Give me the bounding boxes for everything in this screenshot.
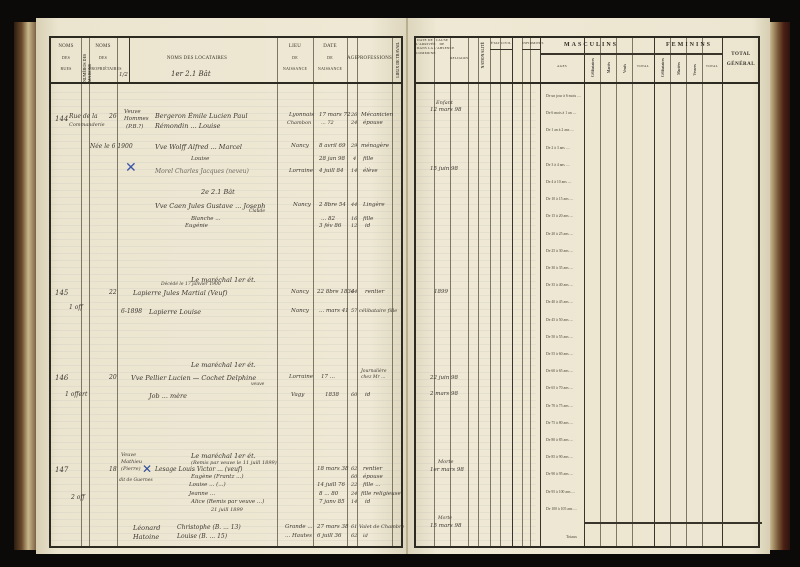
handwritten-text: 28 jan 98 xyxy=(319,156,345,162)
floor-annotation: 1er 2.1 Bât xyxy=(171,70,211,78)
handwritten-text: 60 xyxy=(351,392,357,398)
floor-mark: 1/2 xyxy=(119,72,128,78)
handwritten-text: 18 xyxy=(109,466,117,473)
col-divider xyxy=(702,38,703,546)
header-text: RELIGION xyxy=(450,38,468,60)
handwritten-text: 145 xyxy=(55,289,68,297)
age-group-label: De 55 à 60 ans .... xyxy=(540,352,664,357)
handwritten-text: Commanderie xyxy=(69,122,105,128)
age-group-label: De 60 à 65 ans .... xyxy=(540,369,664,374)
age-group-label: De 4 à 10 ans .... xyxy=(540,180,664,185)
col-divider xyxy=(277,38,278,546)
handwritten-text: Nancy xyxy=(291,143,309,149)
handwritten-text: Lyonnais xyxy=(289,112,314,118)
age-group-label: De un jour à 6 mois .... xyxy=(540,94,664,99)
handwritten-text: 44 xyxy=(351,202,357,208)
header-text: des xyxy=(89,50,117,61)
header-etat-civil: ÉTAT CIVIL xyxy=(490,38,512,50)
handwritten-text: 29 xyxy=(351,143,357,149)
totaux-label: Totaux xyxy=(566,534,577,539)
handwritten-text: Veuve xyxy=(124,109,141,115)
header-text: AGES xyxy=(540,38,584,68)
header-text: INFIRMITÉS xyxy=(522,38,540,45)
handwritten-text: 17 ... xyxy=(321,374,335,380)
handwritten-text: Grande ... xyxy=(285,524,313,530)
col-divider xyxy=(512,38,513,546)
header-age: AGE xyxy=(347,38,357,84)
header-masc-veufs: Veufs xyxy=(622,64,627,73)
handwritten-text: 61 xyxy=(351,524,357,530)
header-noms-rues: NOMS des RUES xyxy=(51,38,81,84)
handwritten-text: Léonard xyxy=(133,524,160,532)
handwritten-text: Le maréchal 1er ét. xyxy=(191,361,256,369)
handwritten-text: 14 xyxy=(351,499,357,505)
header-text: NOMS xyxy=(51,38,81,50)
header-text: RUES xyxy=(51,61,81,72)
handwritten-text: 24 xyxy=(351,491,357,497)
handwritten-text: 8 avril 69 xyxy=(319,143,346,149)
age-group-label: De 35 à 40 ans .... xyxy=(540,283,664,288)
handwritten-text: Rémondin ... Louise xyxy=(155,122,220,130)
handwritten-text: Claude xyxy=(249,209,265,214)
age-group-label: De 20 à 25 ans .... xyxy=(540,232,664,237)
handwritten-text: Blanche ... xyxy=(191,216,221,222)
header-text: AGE xyxy=(347,38,357,62)
handwritten-text: chez Mr ... xyxy=(361,375,385,380)
header-text: de xyxy=(277,50,313,61)
header-masc-celibataires: Célibataires xyxy=(590,58,595,77)
handwritten-text: Chambon xyxy=(287,120,311,126)
handwritten-text: 144 xyxy=(55,115,68,123)
age-group-label: De 65 à 70 ans .... xyxy=(540,386,664,391)
header-text: LIEU xyxy=(277,38,313,50)
book-binding-right xyxy=(770,22,790,550)
handwritten-text: 22 juin 98 xyxy=(430,375,458,381)
handwritten-text: 1er mars 98 xyxy=(430,467,464,473)
header-fem-total: TOTAL xyxy=(702,38,722,84)
age-group-label: De 45 à 50 ans .... xyxy=(540,318,664,323)
handwritten-text: Vagy xyxy=(291,392,304,398)
totals-divider xyxy=(584,522,762,524)
handwritten-text: fille ... xyxy=(363,482,380,488)
header-lieu-naissance: LIEU de NAISSANCE xyxy=(277,38,313,84)
handwritten-text: 1 off xyxy=(69,304,83,311)
handwritten-text: 3 fév 86 xyxy=(319,223,341,229)
header-text: des xyxy=(51,50,81,61)
handwritten-text: veuve xyxy=(251,382,264,387)
col-divider xyxy=(500,38,501,546)
header-text: DATE xyxy=(313,38,347,50)
register-book: NOMS des RUES NUMÉROS DES MAISONS NOMS d… xyxy=(14,18,790,554)
handwritten-text: 8 ... 80 xyxy=(319,491,338,497)
handwritten-text: id xyxy=(363,533,368,539)
header-professions: PROFESSIONS xyxy=(357,38,392,84)
handwritten-text: id xyxy=(365,223,370,229)
right-page: DATE de l'arrivée dans la commune CAUSE … xyxy=(408,18,770,554)
handwritten-text: 21 juill 1899 xyxy=(211,507,243,513)
age-group-label: De 90 à 95 ans .... xyxy=(540,472,664,477)
handwritten-text: Alice (Remis par veuve ...) xyxy=(191,499,264,505)
handwritten-text: 22 xyxy=(109,289,117,296)
handwritten-text: Eugène (Frantz ...) xyxy=(191,474,244,480)
header-religion: RELIGION xyxy=(450,38,468,84)
age-group-label: De 100 à 105 ans .... xyxy=(540,507,664,512)
handwritten-text: Nancy xyxy=(291,289,309,295)
col-divider xyxy=(686,38,687,546)
handwritten-text: 15 mars 98 xyxy=(430,523,461,529)
handwritten-text: 22 8bre 1834 xyxy=(317,289,354,295)
right-page-table: DATE de l'arrivée dans la commune CAUSE … xyxy=(414,36,760,548)
col-divider xyxy=(522,38,523,546)
handwritten-text: Lorraine xyxy=(289,374,313,380)
header-text: NAISSANCE xyxy=(277,61,313,72)
header-noms-proprietaires: NOMS des PROPRIÉTAIRES xyxy=(89,38,117,84)
handwritten-text: 146 xyxy=(55,374,68,382)
header-masc-total: TOTAL xyxy=(632,38,654,84)
handwritten-text: ménagère xyxy=(361,143,389,149)
handwritten-text: Louise (B. ... 15) xyxy=(177,533,227,540)
handwritten-text: 6 juill 36 xyxy=(317,533,342,539)
handwritten-text: Job ... mère xyxy=(149,392,187,400)
handwritten-text: 1838 xyxy=(325,392,339,398)
handwritten-text: 60 xyxy=(351,474,357,480)
col-divider xyxy=(722,38,723,546)
handwritten-text: rentier xyxy=(365,289,384,295)
right-header-row: DATE de l'arrivée dans la commune CAUSE … xyxy=(416,38,758,84)
handwritten-text: Mécanicien xyxy=(361,112,393,118)
handwritten-text: Morte xyxy=(438,516,452,521)
handwritten-text: 64 xyxy=(351,289,357,295)
age-group-label: De 40 à 45 ans .... xyxy=(540,300,664,305)
header-infirmites: INFIRMITÉS xyxy=(522,38,540,50)
age-group-label: De 1 an à 2 ans .... xyxy=(540,128,664,133)
handwritten-text: 6-1898 xyxy=(121,308,142,315)
left-page: NOMS des RUES NUMÉROS DES MAISONS NOMS d… xyxy=(36,18,408,554)
header-text: TOTAL xyxy=(702,38,722,68)
age-group-label: De 50 à 55 ans .... xyxy=(540,335,664,340)
handwritten-text: 1899 xyxy=(434,289,448,295)
handwritten-text: Lingère xyxy=(363,202,385,208)
left-page-table: NOMS des RUES NUMÉROS DES MAISONS NOMS d… xyxy=(49,36,403,548)
handwritten-text: 4 juill 84 xyxy=(319,168,344,174)
handwritten-text: 26 xyxy=(351,112,357,118)
handwritten-text: 16 xyxy=(351,216,357,222)
col-divider xyxy=(468,38,469,546)
handwritten-text: Morte xyxy=(438,459,454,465)
handwritten-text: Louise ... (...) xyxy=(189,482,226,488)
header-text: PROPRIÉTAIRES xyxy=(89,61,117,72)
handwritten-text: Nancy xyxy=(293,202,311,208)
handwritten-text: Nancy xyxy=(291,308,309,314)
col-divider xyxy=(478,38,479,546)
age-group-label: De 30 à 35 ans .... xyxy=(540,266,664,271)
header-text: de xyxy=(313,50,347,61)
handwritten-text: épouse xyxy=(363,120,383,126)
handwritten-text: 2e 2.1 Bât xyxy=(201,188,235,196)
age-group-label: De 80 à 85 ans .... xyxy=(540,438,664,443)
handwritten-text: Le maréchal 1er ét. xyxy=(191,452,256,460)
handwritten-text: Lorraine xyxy=(289,168,313,174)
handwritten-text: 14 xyxy=(351,168,357,174)
blue-cross-mark: ✕ xyxy=(125,160,137,176)
handwritten-text: (Pierre) xyxy=(121,466,141,472)
header-nationalite: NATIONALITÉ xyxy=(480,42,485,68)
handwritten-text: 20 xyxy=(109,374,117,381)
handwritten-text: Bergeron Émile Lucien Paul xyxy=(155,112,248,120)
handwritten-text: ... 72 xyxy=(321,120,334,126)
handwritten-text: Veuve xyxy=(121,452,136,458)
age-groups-list: De un jour à 6 mois ....De 6 mois à 1 an… xyxy=(540,86,584,546)
age-group-label: De 70 à 75 ans .... xyxy=(540,404,664,409)
handwritten-text: dit de Guernes xyxy=(119,478,153,483)
handwritten-text: élève xyxy=(363,168,378,174)
handwritten-text: 1 offert xyxy=(65,391,87,398)
handwritten-text: Née le 6 1900 xyxy=(90,143,133,150)
handwritten-text: Hommes xyxy=(124,116,149,122)
handwritten-text: 2 8bre 54 xyxy=(319,202,346,208)
blue-cross-mark: ✕ xyxy=(142,462,152,476)
age-group-label: De 95 à 100 ans .... xyxy=(540,490,664,495)
handwritten-text: épouse xyxy=(363,474,383,480)
handwritten-text: 27 mars 38 xyxy=(317,524,348,530)
header-text: GÉNÉRAL xyxy=(722,62,760,67)
handwritten-text: 7 janv 85 xyxy=(319,499,345,505)
handwritten-text: 2 off xyxy=(71,494,85,501)
handwritten-text: 15 juin 98 xyxy=(430,166,458,172)
handwritten-text: fille religieuse xyxy=(361,491,401,497)
handwritten-text: Lesage Louis Victor ... (veuf) xyxy=(155,466,243,473)
handwritten-text: rentier xyxy=(363,466,382,472)
handwritten-text: 57 xyxy=(351,308,357,314)
age-group-label: De 10 à 15 ans .... xyxy=(540,197,664,202)
handwritten-text: 14 juill 76 xyxy=(317,482,345,488)
handwritten-text: Jeanne ... xyxy=(189,491,215,497)
handwritten-text: Lapierre Jules Martial (Veuf) xyxy=(133,289,227,297)
header-cause-absence: CAUSE de l'absence xyxy=(434,38,450,84)
header-date-arrivee: DATE de l'arrivée dans la commune xyxy=(416,38,434,84)
header-text: TOTAL xyxy=(632,38,654,68)
handwritten-text: ... 82 xyxy=(321,216,335,222)
handwritten-text: 12 mars 98 xyxy=(430,107,461,113)
handwritten-text: 24 xyxy=(351,120,357,126)
col-divider xyxy=(670,38,671,546)
handwritten-text: fille xyxy=(363,216,373,222)
header-fem-celibataires: Célibataires xyxy=(660,58,665,77)
header-ages: AGES xyxy=(540,38,584,84)
age-group-label: De 6 mois à 1 an .... xyxy=(540,111,664,116)
header-lieux-travail: LIEUX DE TRAVAIL xyxy=(395,42,400,78)
handwritten-text: Christophe (B. ... 13) xyxy=(177,524,241,531)
age-group-label: De 15 à 20 ans .... xyxy=(540,214,664,219)
handwritten-text: Hatoine xyxy=(133,533,159,541)
handwritten-text: Vve Wolff Alfred ... Marcel xyxy=(155,143,242,151)
handwritten-text: 62 xyxy=(351,533,357,539)
handwritten-text: 22 xyxy=(351,482,357,488)
handwritten-text: Eugénie xyxy=(185,223,208,229)
header-total-general: TOTAL GÉNÉRAL xyxy=(722,52,760,67)
age-group-label: De 2 à 3 ans .... xyxy=(540,146,664,151)
handwritten-text: Mathieu xyxy=(121,459,142,465)
handwritten-text: Valet de Chambre xyxy=(359,524,404,530)
header-text: ÉTAT CIVIL xyxy=(490,38,512,45)
handwritten-text: Journalière xyxy=(361,369,387,374)
handwritten-text: 4 xyxy=(353,156,356,162)
header-fem-mariees: Mariées xyxy=(676,62,681,75)
header-text: NOMS xyxy=(89,38,117,50)
header-masc-maries: Mariés xyxy=(606,62,611,73)
handwritten-text: 147 xyxy=(55,466,68,474)
age-group-label: De 75 à 80 ans .... xyxy=(540,421,664,426)
header-text: TOTAL xyxy=(722,52,760,57)
handwritten-text: id xyxy=(365,392,370,398)
age-group-label: De 85 à 90 ans .... xyxy=(540,455,664,460)
col-divider xyxy=(490,38,491,546)
header-fem-veuves: Veuves xyxy=(692,64,697,76)
left-header-row: NOMS des RUES NUMÉROS DES MAISONS NOMS d… xyxy=(51,38,401,84)
handwritten-text: 62 xyxy=(351,466,357,472)
header-text: NAISSANCE xyxy=(313,61,347,72)
handwritten-text: ... mars 41 xyxy=(319,308,349,314)
handwritten-text: Rue de la xyxy=(69,113,98,120)
age-group-label: De 25 à 30 ans .... xyxy=(540,249,664,254)
handwritten-text: Morel Charles Jacques (neveu) xyxy=(155,168,249,175)
handwritten-text: 12 xyxy=(351,223,357,229)
handwritten-text: 17 mars 72 xyxy=(319,112,350,118)
handwritten-text: 18 mars 38 xyxy=(317,466,348,472)
header-date-naissance: DATE de NAISSANCE xyxy=(313,38,347,84)
col-divider xyxy=(530,38,531,546)
handwritten-text: 2 mars 98 xyxy=(430,391,458,397)
handwritten-text: id xyxy=(365,499,370,505)
handwritten-text: 26 xyxy=(109,113,117,120)
handwritten-text: (P.B.?) xyxy=(126,124,143,130)
handwritten-text: fille xyxy=(363,156,373,162)
handwritten-text: Vve Pellier Lucien — Cochet Delphine xyxy=(131,374,256,382)
handwritten-text: Louise xyxy=(191,156,209,162)
handwritten-text: Décédé le 17 janvier 1900 xyxy=(161,282,221,287)
header-text: PROFESSIONS xyxy=(357,38,392,62)
col-divider xyxy=(117,38,118,546)
handwritten-text: Enfant xyxy=(436,100,453,106)
age-group-label: De 3 à 4 ans .... xyxy=(540,163,664,168)
handwritten-text: célibataire fille xyxy=(359,308,397,314)
header-text: NOMS DES LOCATAIRES xyxy=(117,38,277,62)
handwritten-text: ... Hautes xyxy=(285,533,312,539)
handwritten-text: Lapierre Louise xyxy=(149,308,201,316)
